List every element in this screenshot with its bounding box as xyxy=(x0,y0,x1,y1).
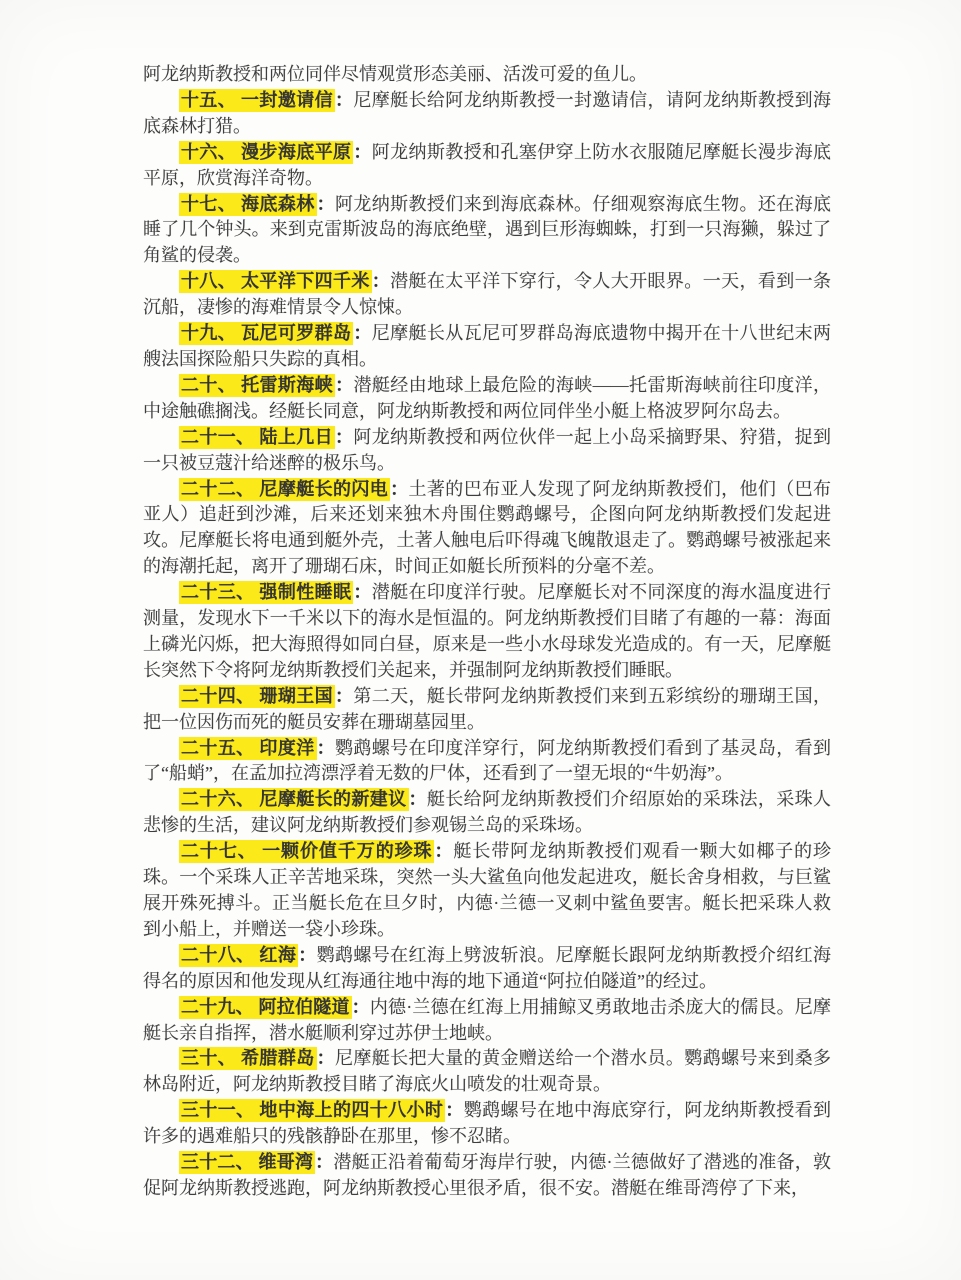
chapter-title-highlight: 十八、 太平洋下四千米 xyxy=(179,270,372,293)
paragraph-continuation: 阿龙纳斯教授和两位同伴尽情观赏形态美丽、活泼可爱的鱼儿。 xyxy=(143,62,831,88)
colon-separator: ： xyxy=(335,90,353,110)
chapter-title-highlight: 二十九、 阿拉伯隧道 xyxy=(179,996,352,1019)
colon-separator: ： xyxy=(409,789,427,809)
chapter-entry-18: 十八、 太平洋下四千米：潜艇在太平洋下穿行，令人大开眼界。一天，看到一条沉船，凄… xyxy=(143,269,831,321)
colon-separator: ： xyxy=(352,997,370,1017)
chapter-title-highlight: 二十七、 一颗价值千万的珍珠 xyxy=(179,840,434,863)
chapter-title-highlight: 三十一、 地中海上的四十八小时 xyxy=(179,1099,445,1122)
chapter-title-highlight: 二十一、 陆上几日 xyxy=(179,426,335,449)
chapter-title-highlight: 二十二、 尼摩艇长的闪电 xyxy=(179,478,390,501)
chapter-title-highlight: 二十四、 珊瑚王国 xyxy=(179,685,335,708)
colon-separator: ： xyxy=(335,686,353,706)
colon-separator: ： xyxy=(353,142,371,162)
chapter-entry-16: 十六、 漫步海底平原：阿龙纳斯教授和孔塞伊穿上防水衣服随尼摩艇长漫步海底平原，欣… xyxy=(143,140,831,192)
chapter-title-highlight: 十七、 海底森林 xyxy=(179,193,317,216)
chapter-entry-31: 三十一、 地中海上的四十八小时：鹦鹉螺号在地中海底穿行，阿龙纳斯教授看到许多的遇… xyxy=(143,1098,831,1150)
continuation-text: 阿龙纳斯教授和两位同伴尽情观赏形态美丽、活泼可爱的鱼儿。 xyxy=(143,64,647,84)
chapter-entry-21: 二十一、 陆上几日：阿龙纳斯教授和两位伙伴一起上小岛采摘野果、狩猎，捉到一只被豆… xyxy=(143,425,831,477)
chapter-entry-26: 二十六、 尼摩艇长的新建议：艇长给阿龙纳斯教授们介绍原始的采珠法，采珠人悲惨的生… xyxy=(143,787,831,839)
chapter-entry-27: 二十七、 一颗价值千万的珍珠：艇长带阿龙纳斯教授们观看一颗大如椰子的珍珠。一个采… xyxy=(143,839,831,943)
chapter-entry-20: 二十、 托雷斯海峡：潜艇经由地球上最危险的海峡——托雷斯海峡前往印度洋，中途触礁… xyxy=(143,373,831,425)
colon-separator: ： xyxy=(353,582,371,602)
chapter-entry-25: 二十五、 印度洋：鹦鹉螺号在印度洋穿行，阿龙纳斯教授们看到了基灵岛，看到了“船蛸… xyxy=(143,736,831,788)
colon-separator: ： xyxy=(434,841,453,861)
chapter-title-highlight: 十九、 瓦尼可罗群岛 xyxy=(179,322,353,345)
chapter-entry-23: 二十三、 强制性睡眠：潜艇在印度洋行驶。尼摩艇长对不同深度的海水温度进行测量，发… xyxy=(143,580,831,684)
chapter-title-highlight: 二十八、 红海 xyxy=(179,944,298,967)
chapter-title-highlight: 二十六、 尼摩艇长的新建议 xyxy=(179,788,409,811)
chapter-entry-22: 二十二、 尼摩艇长的闪电：土著的巴布亚人发现了阿龙纳斯教授们，他们（巴布亚人）追… xyxy=(143,477,831,581)
chapter-title-highlight: 二十、 托雷斯海峡 xyxy=(179,374,335,397)
chapter-entry-30: 三十、 希腊群岛：尼摩艇长把大量的黄金赠送给一个潜水员。鹦鹉螺号来到桑多林岛附近… xyxy=(143,1046,831,1098)
chapter-entry-29: 二十九、 阿拉伯隧道：内德·兰德在红海上用捕鲸叉勇敢地击杀庞大的儒艮。尼摩艇长亲… xyxy=(143,995,831,1047)
colon-separator: ： xyxy=(390,479,408,499)
colon-separator: ： xyxy=(315,1152,333,1172)
colon-separator: ： xyxy=(317,194,335,214)
colon-separator: ： xyxy=(372,271,390,291)
colon-separator: ： xyxy=(298,945,316,965)
chapter-entry-24: 二十四、 珊瑚王国：第二天，艇长带阿龙纳斯教授们来到五彩缤纷的珊瑚王国，把一位因… xyxy=(143,684,831,736)
page-text-block: 阿龙纳斯教授和两位同伴尽情观赏形态美丽、活泼可爱的鱼儿。 十五、 一封邀请信：尼… xyxy=(143,62,831,1202)
chapter-entry-17: 十七、 海底森林：阿龙纳斯教授们来到海底森林。仔细观察海底生物。还在海底睡了几个… xyxy=(143,192,831,270)
chapter-entry-32: 三十二、 维哥湾：潜艇正沿着葡萄牙海岸行驶，内德·兰德做好了潜逃的准备，敦促阿龙… xyxy=(143,1150,831,1202)
chapter-title-highlight: 二十三、 强制性睡眠 xyxy=(179,581,353,604)
chapter-entry-19: 十九、 瓦尼可罗群岛：尼摩艇长从瓦尼可罗群岛海底遗物中揭开在十八世纪末两艘法国探… xyxy=(143,321,831,373)
chapter-title-highlight: 三十二、 维哥湾 xyxy=(179,1151,315,1174)
colon-separator: ： xyxy=(317,1048,335,1068)
chapter-entry-28: 二十八、 红海：鹦鹉螺号在红海上劈波斩浪。尼摩艇长跟阿龙纳斯教授介绍红海得名的原… xyxy=(143,943,831,995)
chapter-title-highlight: 十六、 漫步海底平原 xyxy=(179,141,353,164)
chapter-title-highlight: 三十、 希腊群岛 xyxy=(179,1047,317,1070)
colon-separator: ： xyxy=(335,375,353,395)
colon-separator: ： xyxy=(445,1100,463,1120)
chapter-title-highlight: 十五、 一封邀请信 xyxy=(179,89,335,112)
colon-separator: ： xyxy=(335,427,353,447)
document-page: 阿龙纳斯教授和两位同伴尽情观赏形态美丽、活泼可爱的鱼儿。 十五、 一封邀请信：尼… xyxy=(0,0,961,1280)
colon-separator: ： xyxy=(317,738,335,758)
colon-separator: ： xyxy=(353,323,371,343)
chapter-title-highlight: 二十五、 印度洋 xyxy=(179,737,317,760)
chapter-entry-15: 十五、 一封邀请信：尼摩艇长给阿龙纳斯教授一封邀请信，请阿龙纳斯教授到海底森林打… xyxy=(143,88,831,140)
